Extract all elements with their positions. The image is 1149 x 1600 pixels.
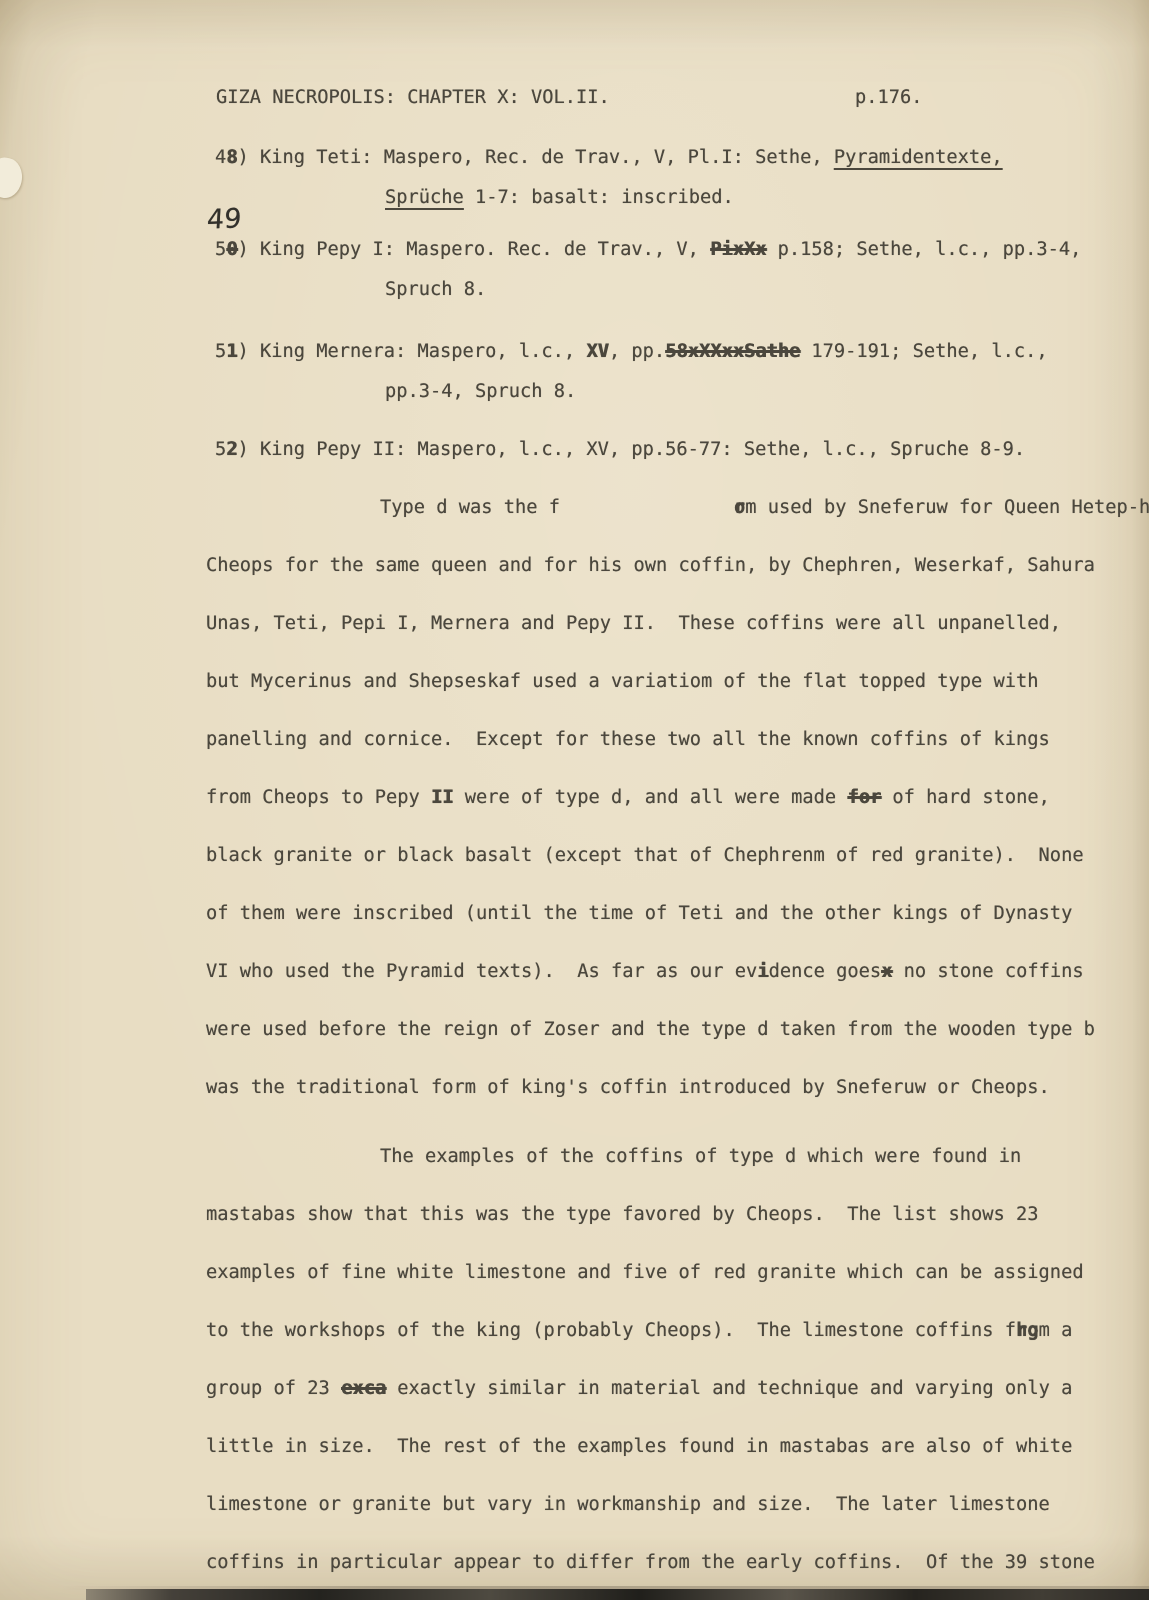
text-segment: of hard stone, bbox=[881, 787, 1050, 808]
text-line: but Mycerinus and Shepseskaf used a vari… bbox=[206, 653, 1131, 711]
page-number: p.176. bbox=[855, 78, 923, 118]
text-segment: but Mycerinus and Shepseskaf used a vari… bbox=[206, 671, 1039, 692]
text-segment: 4 bbox=[215, 147, 226, 168]
text-segment: King Teti: Maspero, Rec. de Trav., V, Pl… bbox=[260, 147, 834, 168]
text-segment: of them were inscribed (until the time o… bbox=[206, 903, 1072, 924]
text-segment-ov: og bbox=[1027, 1302, 1038, 1360]
text-line: limestone or granite but vary in workman… bbox=[206, 1476, 1131, 1534]
scan-edge bbox=[86, 1589, 1149, 1600]
text-line: Unas, Teti, Pepi I, Mernera and Pepy II.… bbox=[206, 595, 1131, 653]
text-segment: coffins in particular appear to differ f… bbox=[206, 1552, 1095, 1573]
text-segment: black granite or black basalt (except th… bbox=[206, 845, 1084, 866]
ref-line-2: Spruch 8. bbox=[215, 270, 1081, 310]
text-line: to the workshops of the king (probably C… bbox=[206, 1302, 1131, 1360]
text-segment: no stone coffins bbox=[892, 961, 1083, 982]
overtyped-char: g bbox=[1027, 1302, 1038, 1360]
ref-line-1: 52) King Pepy II: Maspero, l.c., XV, pp.… bbox=[215, 430, 1025, 470]
ref-number: 51) bbox=[215, 341, 260, 362]
text-segment: , pp. bbox=[609, 341, 665, 362]
text-segment: to the workshops of the king (probably C… bbox=[206, 1320, 1016, 1341]
body-paragraph-1: Type d was the form used by Sneferuw for… bbox=[206, 479, 1131, 1117]
overtyped-char: h bbox=[1016, 1302, 1027, 1360]
text-line: coffins in particular appear to differ f… bbox=[206, 1534, 1131, 1592]
text-segment: King Mernera: Maspero, l.c., bbox=[260, 341, 586, 362]
text-line: were used before the reign of Zoser and … bbox=[206, 1001, 1131, 1059]
text-segment: ) bbox=[238, 239, 261, 260]
text-segment-strike: PixXx bbox=[710, 239, 766, 260]
text-segment: Type d was the f bbox=[380, 497, 560, 518]
ref-line-1: 50) King Pepy I: Maspero. Rec. de Trav.,… bbox=[215, 230, 1081, 270]
text-segment: examples of fine white limestone and fiv… bbox=[206, 1262, 1084, 1283]
body-paragraph-2: The examples of the coffins of type d wh… bbox=[206, 1128, 1131, 1592]
text-segment-strike: exca bbox=[341, 1378, 386, 1399]
text-segment: 5 bbox=[215, 439, 226, 460]
text-segment: 5 bbox=[215, 341, 226, 362]
text-segment-strike: 0 bbox=[226, 239, 237, 260]
text-segment-strike: x bbox=[881, 961, 892, 982]
ref-line-2: Sprüche 1-7: basalt: inscribed. bbox=[215, 178, 1003, 218]
text-segment-strike: for bbox=[847, 787, 881, 808]
text-segment: were used before the reign of Zoser and … bbox=[206, 1019, 1095, 1040]
ref-item: 50) King Pepy I: Maspero. Rec. de Trav.,… bbox=[215, 230, 1081, 310]
text-segment: King Pepy II: Maspero, l.c., XV, pp.56-7… bbox=[260, 439, 1025, 460]
text-segment: group of 23 bbox=[206, 1378, 341, 1399]
ref-line-1: 48) King Teti: Maspero, Rec. de Trav., V… bbox=[215, 138, 1003, 178]
text-segment: m a bbox=[1039, 1320, 1073, 1341]
text-segment: VI who used the Pyramid texts). As far a… bbox=[206, 961, 757, 982]
text-line: was the traditional form of king's coffi… bbox=[206, 1059, 1131, 1117]
ref-item: 51) King Mernera: Maspero, l.c., XV, pp.… bbox=[215, 332, 1048, 412]
text-segment: 5 bbox=[215, 239, 226, 260]
text-line: mastabas show that this was the type fav… bbox=[206, 1186, 1131, 1244]
text-segment: m used by Sneferuw for Queen Hetep-heres… bbox=[745, 497, 1149, 518]
text-segment: 179-191; Sethe, l.c., bbox=[800, 341, 1048, 362]
text-segment-u: Pyramidentexte, bbox=[834, 147, 1003, 168]
text-segment: little in size. The rest of the examples… bbox=[206, 1436, 1072, 1457]
text-line: The examples of the coffins of type d wh… bbox=[206, 1128, 1131, 1186]
text-line: panelling and cornice. Except for these … bbox=[206, 711, 1131, 769]
text-segment-ov: or bbox=[560, 479, 745, 537]
text-segment: ) bbox=[238, 147, 261, 168]
page-title: GIZA NECROPOLIS: CHAPTER X: VOL.II. bbox=[216, 78, 610, 118]
text-segment: pp.3-4, Spruch 8. bbox=[385, 381, 576, 402]
text-segment-bold: XV bbox=[586, 341, 609, 362]
text-segment: exactly similar in material and techniqu… bbox=[386, 1378, 1072, 1399]
text-segment: ) bbox=[238, 439, 261, 460]
text-segment: limestone or granite but vary in workman… bbox=[206, 1494, 1050, 1515]
text-segment: King Pepy I: Maspero. Rec. de Trav., V, bbox=[260, 239, 710, 260]
text-line: group of 23 exca exactly similar in mate… bbox=[206, 1360, 1131, 1418]
ref-line-2: pp.3-4, Spruch 8. bbox=[215, 372, 1048, 412]
text-line: from Cheops to Pepy II were of type d, a… bbox=[206, 769, 1131, 827]
ref-number: 48) bbox=[215, 147, 260, 168]
text-segment-bold: 1 bbox=[226, 341, 237, 362]
text-line: Cheops for the same queen and for his ow… bbox=[206, 537, 1131, 595]
text-line: black granite or black basalt (except th… bbox=[206, 827, 1131, 885]
text-line: of them were inscribed (until the time o… bbox=[206, 885, 1131, 943]
text-segment-bold: 8 bbox=[226, 147, 237, 168]
text-segment: panelling and cornice. Except for these … bbox=[206, 729, 1050, 750]
text-segment: mastabas show that this was the type fav… bbox=[206, 1204, 1039, 1225]
text-segment-bold: II bbox=[431, 787, 454, 808]
text-line: examples of fine white limestone and fiv… bbox=[206, 1244, 1131, 1302]
text-segment: ) bbox=[238, 341, 261, 362]
ref-number: 52) bbox=[215, 439, 260, 460]
text-segment: Unas, Teti, Pepi I, Mernera and Pepy II.… bbox=[206, 613, 1061, 634]
paper-tear-notch bbox=[0, 155, 26, 201]
text-line: little in size. The rest of the examples… bbox=[206, 1418, 1131, 1476]
text-line: VI who used the Pyramid texts). As far a… bbox=[206, 943, 1131, 1001]
manuscript-page: GIZA NECROPOLIS: CHAPTER X: VOL.II. p.17… bbox=[0, 0, 1149, 1600]
ref-line-1: 51) King Mernera: Maspero, l.c., XV, pp.… bbox=[215, 332, 1048, 372]
page-header: GIZA NECROPOLIS: CHAPTER X: VOL.II. p.17… bbox=[0, 78, 1149, 118]
text-segment: Spruch 8. bbox=[385, 279, 486, 300]
text-segment: 1-7: basalt: inscribed. bbox=[464, 187, 734, 208]
text-segment: were of type d, and all were made bbox=[454, 787, 848, 808]
text-segment-bold: i bbox=[757, 961, 768, 982]
overtyped-char: r bbox=[560, 479, 745, 537]
ref-item: 48) King Teti: Maspero, Rec. de Trav., V… bbox=[215, 138, 1003, 218]
ref-item: 52) King Pepy II: Maspero, l.c., XV, pp.… bbox=[215, 430, 1025, 470]
text-segment-u: Sprüche bbox=[385, 187, 464, 208]
text-segment: was the traditional form of king's coffi… bbox=[206, 1077, 1050, 1098]
text-segment: The examples of the coffins of type d wh… bbox=[380, 1146, 1021, 1167]
ref-number: 50) bbox=[215, 239, 260, 260]
text-segment: p.158; Sethe, l.c., pp.3-4, bbox=[766, 239, 1081, 260]
text-line: Type d was the form used by Sneferuw for… bbox=[206, 479, 1131, 537]
text-segment-ov: rh bbox=[1016, 1302, 1027, 1360]
text-segment: dence goes bbox=[769, 961, 882, 982]
text-segment-strike: 58xXXxxSathe bbox=[665, 341, 800, 362]
text-segment-bold: 2 bbox=[226, 439, 237, 460]
text-segment: Cheops for the same queen and for his ow… bbox=[206, 555, 1095, 576]
text-segment: from Cheops to Pepy bbox=[206, 787, 431, 808]
